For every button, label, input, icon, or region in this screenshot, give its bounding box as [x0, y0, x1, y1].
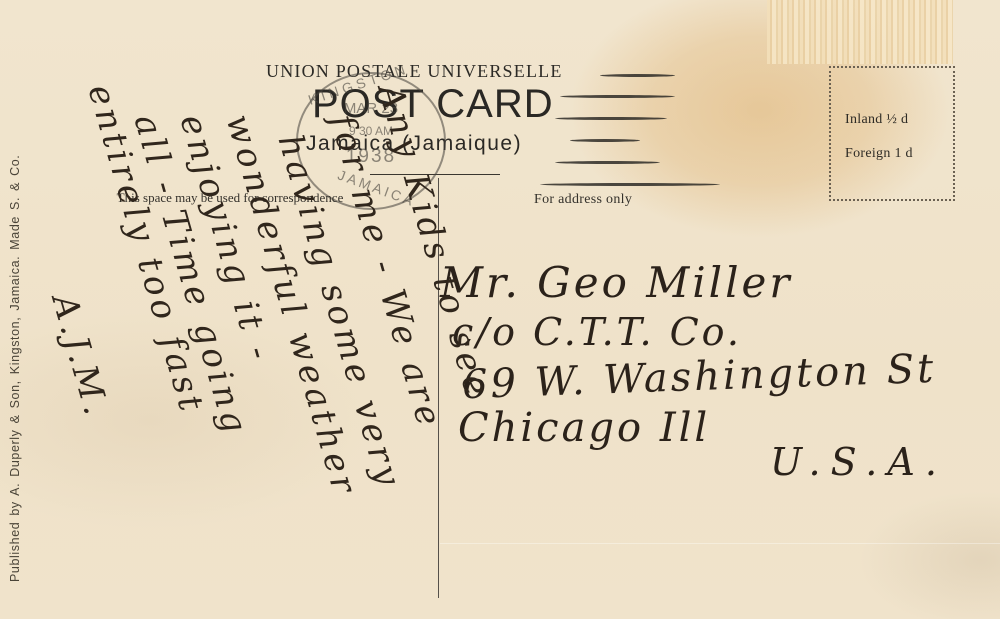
handwritten-message: Any Kids to see for me - We are having s… [60, 70, 440, 610]
adhesive-tape-remnant [767, 0, 953, 64]
inland-rate: Inland ½ d [845, 112, 908, 128]
cancellation-line [540, 183, 720, 186]
postcard-back: Published by A. Duperly & Son, Kingston,… [0, 0, 1000, 619]
message-signature: A.J.M. [44, 290, 117, 423]
stamp-placement-box: Inland ½ d Foreign 1 d [829, 66, 955, 201]
cancellation-line [555, 161, 660, 164]
cancellation-line [600, 74, 675, 77]
cancellation-line [555, 117, 667, 120]
foreign-rate: Foreign 1 d [845, 146, 913, 162]
cancellation-line [560, 95, 675, 98]
country-line-handwritten: U.S.A. [770, 440, 947, 484]
publisher-imprint: Published by A. Duperly & Son, Kingston,… [8, 155, 22, 582]
street-line: 69 W. Washington St [461, 346, 937, 409]
recipient-name: Mr. Geo Miller [440, 258, 792, 307]
paper-crease [440, 543, 1000, 544]
address-label: For address only [534, 192, 632, 208]
care-of-line: c/o C.T.T. Co. [452, 310, 742, 354]
cancellation-line [570, 139, 640, 142]
city-line: Chicago Ill [458, 405, 710, 451]
